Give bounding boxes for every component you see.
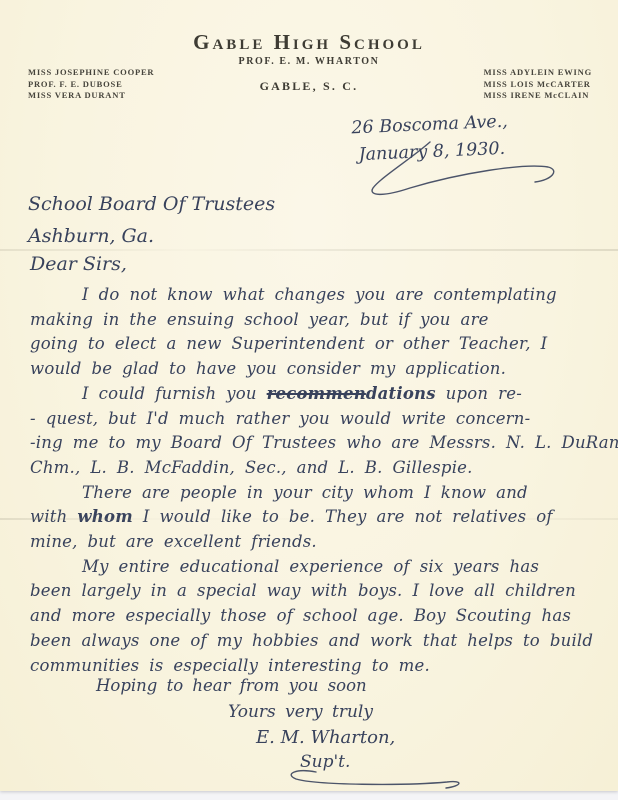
handwritten-line: and more especially those of school age.… <box>30 604 598 629</box>
handwritten-segment: I do not know what changes you are conte… <box>82 285 557 304</box>
handwritten-segment: - quest, but I'd much rather you would w… <box>30 409 530 428</box>
valediction: Yours very truly <box>228 702 373 722</box>
handwritten-segment: -ing me to my Board Of Trustees who are … <box>30 433 618 452</box>
handwritten-segment: I could furnish you <box>82 384 267 403</box>
scanned-letter: Gable High School PROF. E. M. WHARTON GA… <box>0 0 618 800</box>
handwritten-line: going to elect a new Superintendent or o… <box>30 332 598 357</box>
recipient-line: Ashburn, Ga. <box>28 220 275 252</box>
salutation: Dear Sirs, <box>30 253 127 275</box>
faculty-name: MISS ADYLEIN EWING <box>484 67 592 79</box>
recipient-line: School Board Of Trustees <box>28 188 275 220</box>
closing-line: Hoping to hear from you soon <box>96 676 367 695</box>
handwritten-segment: making in the ensuing school year, but i… <box>30 310 489 329</box>
faculty-name: MISS VERA DURANT <box>28 90 154 102</box>
signature-underline-flourish <box>282 764 482 790</box>
handwritten-segment: upon re- <box>436 384 522 403</box>
faculty-list-right: MISS ADYLEIN EWINGMISS LOIS McCARTERMISS… <box>484 67 592 102</box>
pen-flourish-under-date <box>338 138 568 198</box>
handwritten-line: making in the ensuing school year, but i… <box>30 308 598 333</box>
handwritten-segment: Chm., L. B. McFaddin, Sec., and L. B. Gi… <box>30 458 473 477</box>
handwritten-line: would be glad to have you consider my ap… <box>30 357 598 382</box>
letter-body: I do not know what changes you are conte… <box>30 283 598 678</box>
faculty-name: MISS IRENE McCLAIN <box>484 90 592 102</box>
faculty-name: MISS JOSEPHINE COOPER <box>28 67 154 79</box>
handwritten-segment: recommen <box>267 384 366 403</box>
handwritten-segment: would be glad to have you consider my ap… <box>30 359 506 378</box>
handwritten-segment: There are people in your city whom I kno… <box>82 483 528 502</box>
handwritten-segment: and more especially those of school age.… <box>30 606 571 625</box>
handwritten-segment: My entire educational experience of six … <box>82 557 539 576</box>
handwritten-segment: with <box>30 507 77 526</box>
signature: E. M. Wharton, <box>256 727 395 748</box>
handwritten-segment: been largely in a special way with boys.… <box>30 581 576 600</box>
handwritten-line: I could furnish you recommendations upon… <box>30 382 598 407</box>
handwritten-line: I do not know what changes you are conte… <box>30 283 598 308</box>
handwritten-line: been always one of my hobbies and work t… <box>30 629 598 654</box>
handwritten-segment: been always one of my hobbies and work t… <box>30 631 593 650</box>
handwritten-segment: whom <box>77 507 132 526</box>
handwritten-segment: dations <box>366 384 436 403</box>
handwritten-line: Chm., L. B. McFaddin, Sec., and L. B. Gi… <box>30 456 598 481</box>
handwritten-segment: I would like to be. They are not relativ… <box>133 507 553 526</box>
handwritten-segment: mine, but are excellent friends. <box>30 532 317 551</box>
faculty-name: PROF. F. E. DUBOSE <box>28 79 154 91</box>
handwritten-line: with whom I would like to be. They are n… <box>30 505 598 530</box>
handwritten-line: - quest, but I'd much rather you would w… <box>30 407 598 432</box>
handwritten-segment: going to elect a new Superintendent or o… <box>30 334 547 353</box>
handwritten-line: been largely in a special way with boys.… <box>30 579 598 604</box>
handwritten-line: There are people in your city whom I kno… <box>30 481 598 506</box>
school-name: Gable High School <box>0 30 618 55</box>
principal-line: PROF. E. M. WHARTON <box>0 56 618 67</box>
handwritten-line: -ing me to my Board Of Trustees who are … <box>30 431 598 456</box>
letter-paper: Gable High School PROF. E. M. WHARTON GA… <box>0 0 618 791</box>
faculty-list-left: MISS JOSEPHINE COOPERPROF. F. E. DUBOSEM… <box>28 67 154 102</box>
handwritten-line: mine, but are excellent friends. <box>30 530 598 555</box>
recipient-block: School Board Of TrusteesAshburn, Ga. <box>28 188 275 252</box>
handwritten-segment: communities is especially interesting to… <box>30 656 430 675</box>
handwritten-line: My entire educational experience of six … <box>30 555 598 580</box>
handwritten-line: communities is especially interesting to… <box>30 654 598 679</box>
faculty-name: MISS LOIS McCARTER <box>484 79 592 91</box>
